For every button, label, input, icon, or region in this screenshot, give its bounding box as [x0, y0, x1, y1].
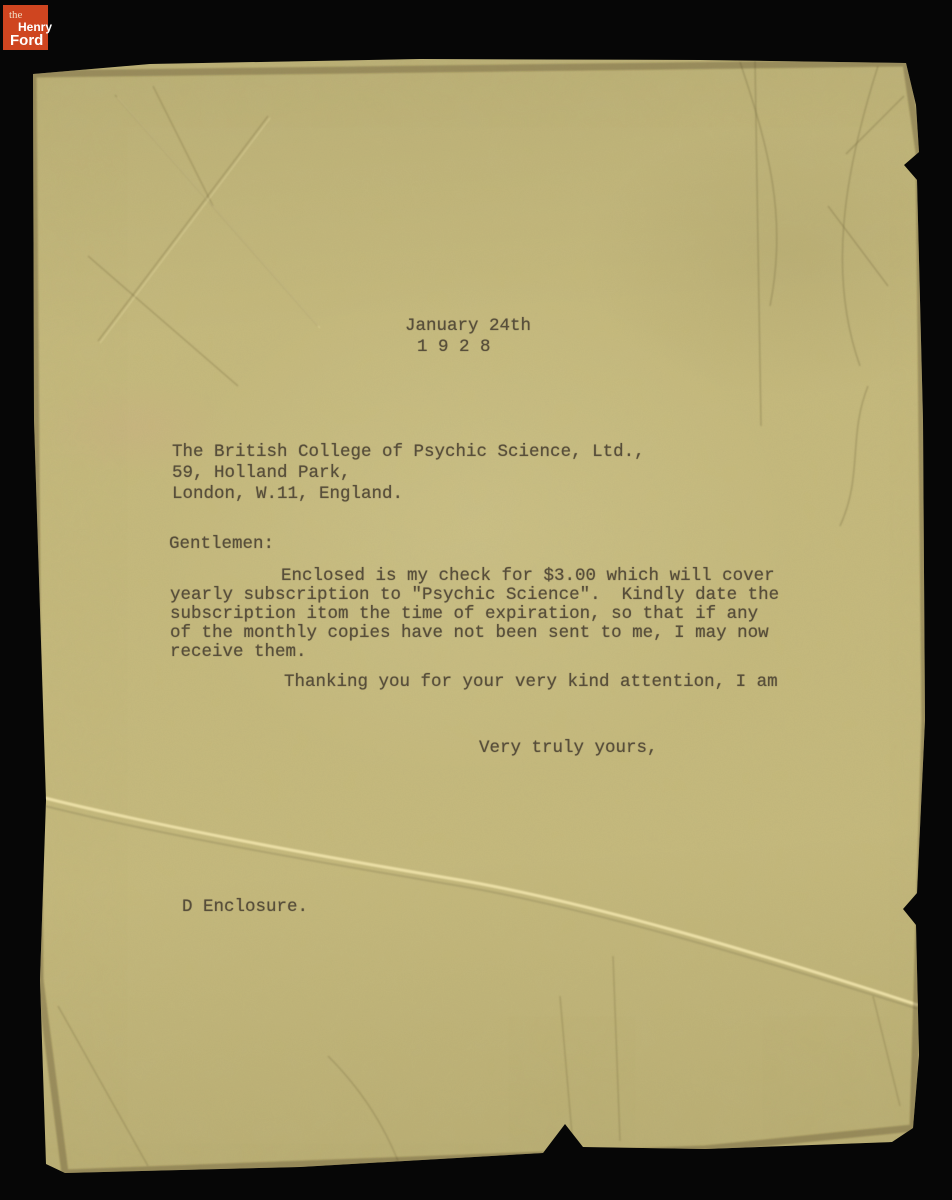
logo-word-ford: Ford — [10, 32, 43, 49]
body-line-5: receive them. — [170, 644, 307, 662]
recipient-line-1: The British College of Psychic Science, … — [172, 444, 645, 462]
body-line-1: Enclosed is my check for $3.00 which wil… — [281, 568, 775, 586]
letter-paper: January 24th 1 9 2 8 The British College… — [28, 56, 926, 1182]
salutation: Gentlemen: — [169, 536, 274, 554]
body-line-3: subscription itom the time of expiration… — [170, 606, 758, 624]
enclosure-note: D Enclosure. — [182, 899, 308, 917]
valediction: Very truly yours, — [479, 740, 658, 758]
henry-ford-logo: the Henry Ford — [3, 5, 48, 50]
recipient-line-2: 59, Holland Park, — [172, 465, 351, 483]
typewritten-text: January 24th 1 9 2 8 The British College… — [28, 56, 926, 1182]
body-line-4: of the monthly copies have not been sent… — [170, 625, 769, 643]
recipient-line-3: London, W.11, England. — [172, 486, 403, 504]
body-line-2: yearly subscription to "Psychic Science"… — [170, 587, 779, 605]
date-line-1: January 24th — [405, 318, 531, 336]
date-line-2: 1 9 2 8 — [417, 339, 491, 357]
closing-line: Thanking you for your very kind attentio… — [284, 674, 778, 692]
scanned-letter-view: the Henry Ford — [0, 0, 952, 1200]
